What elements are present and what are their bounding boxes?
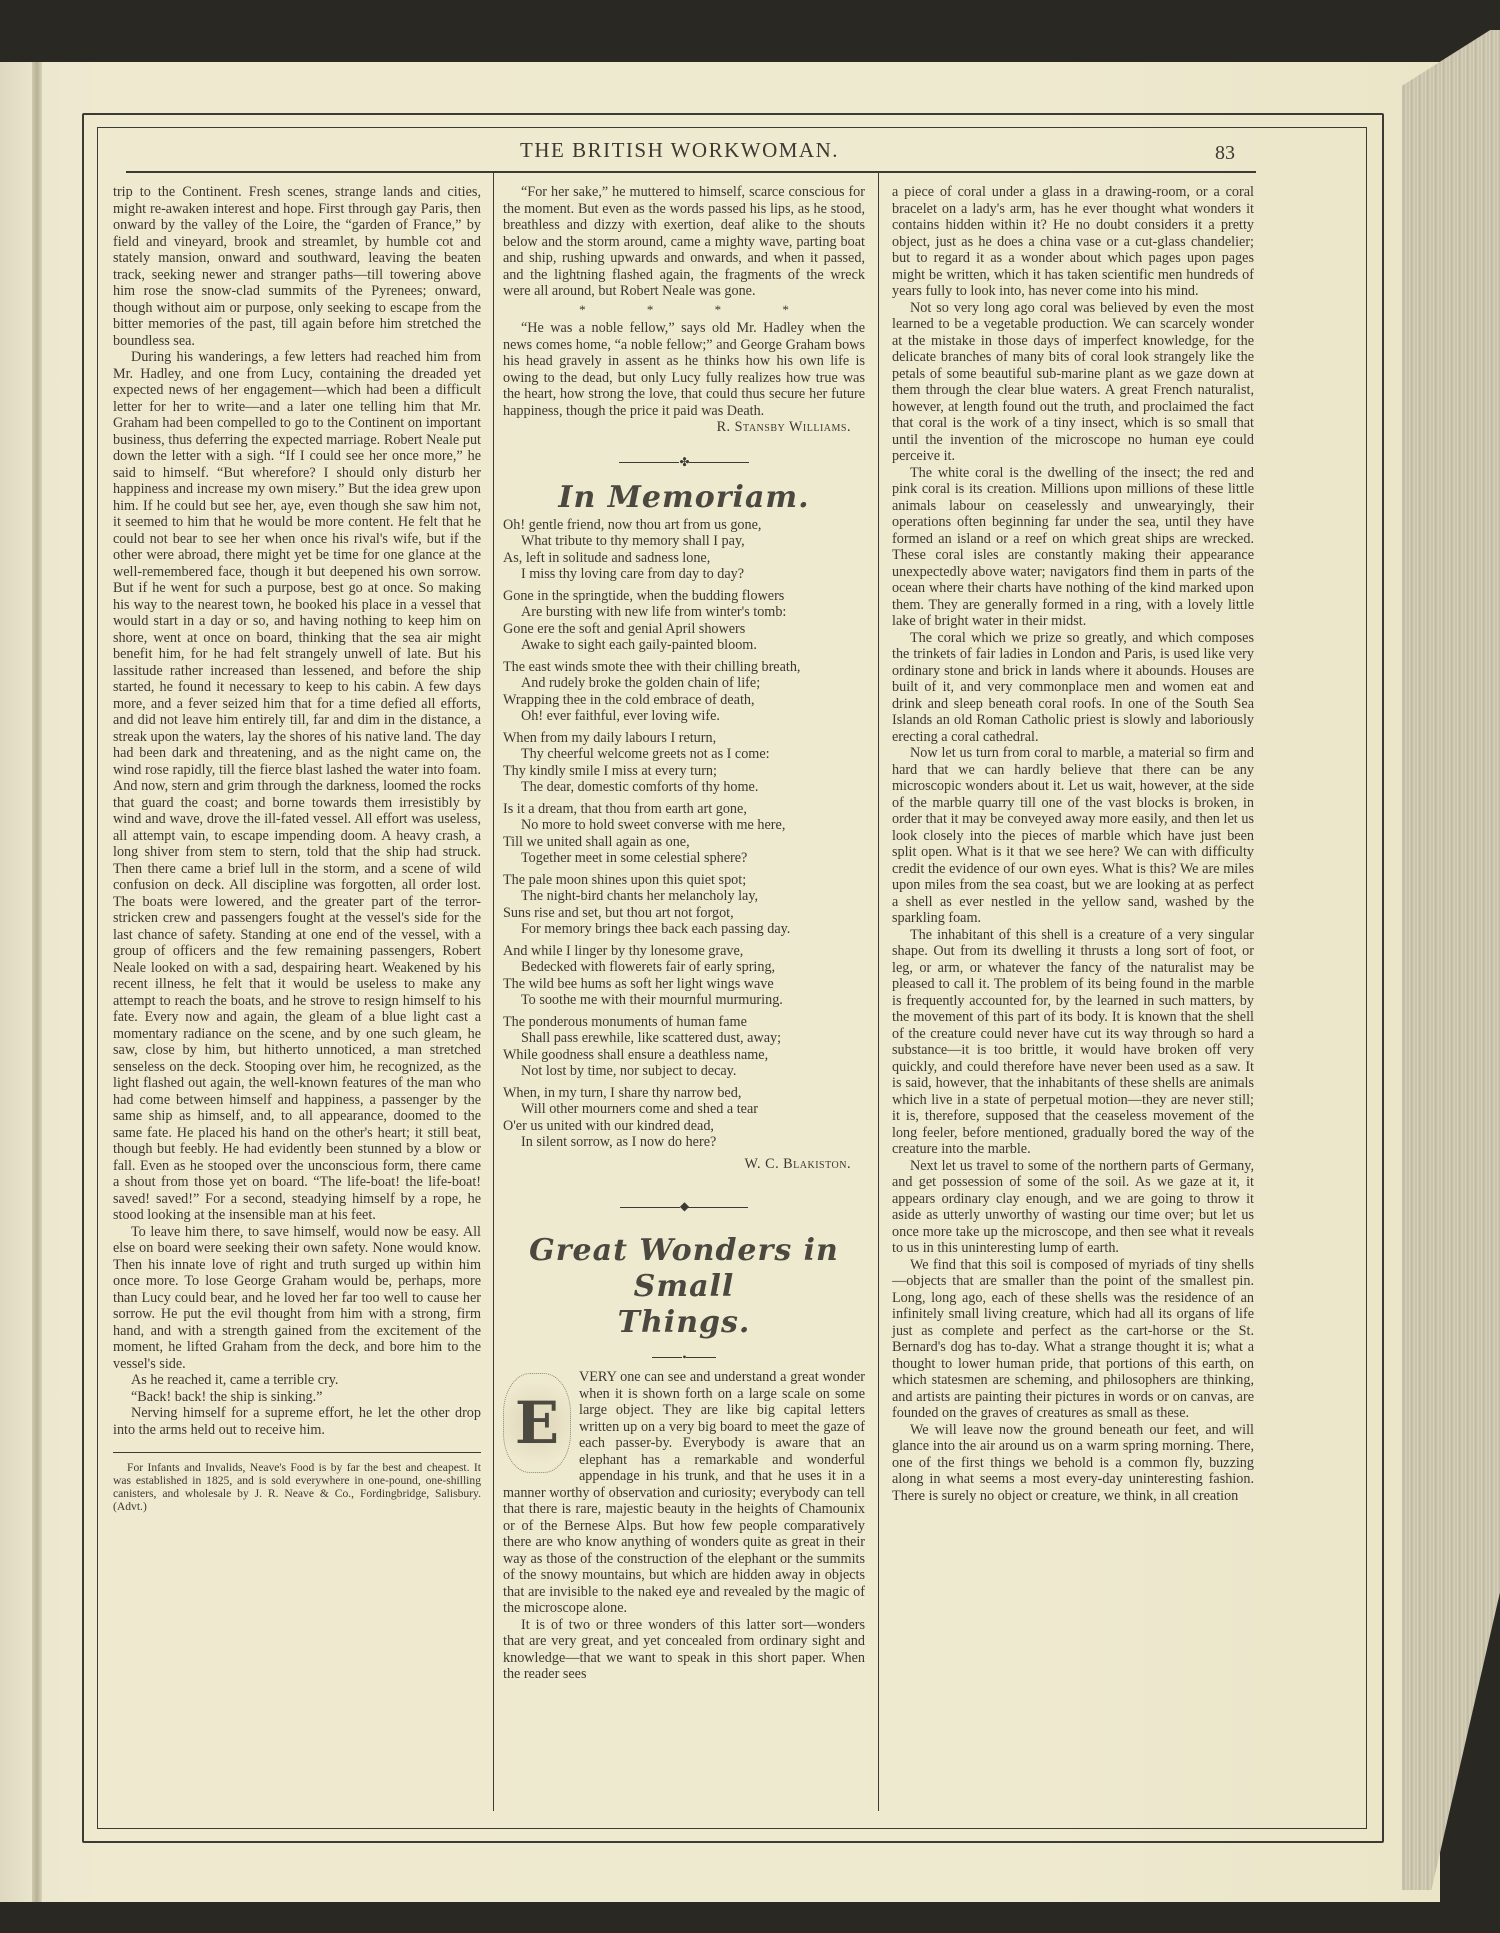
verse-line: O'er us united with our kindred dead, [503,1118,865,1135]
article-title: Great Wonders in Small Things. [503,1233,865,1341]
verse-line: Suns rise and set, but thou art not forg… [503,905,865,922]
column-middle: “For her sake,” he muttered to himself, … [503,184,865,1683]
book-gutter [32,62,42,1902]
paragraph: We find that this soil is composed of my… [892,1257,1254,1422]
verse-line: Bedecked with flowerets fair of early sp… [503,959,865,976]
verse-line: What tribute to thy memory shall I pay, [503,533,865,550]
paragraph: Nerving himself for a supreme effort, he… [113,1405,481,1438]
stanza: Is it a dream, that thou from earth art … [503,801,865,867]
verse-line: The dear, domestic comforts of thy home. [503,779,865,796]
paragraph: It is of two or three wonders of this la… [503,1617,865,1683]
paragraph: “Back! back! the ship is sinking.” [113,1389,481,1406]
verse-line: When from my daily labours I return, [503,730,865,747]
stanza: The east winds smote thee with their chi… [503,659,865,725]
verse-line: I miss thy loving care from day to day? [503,566,865,583]
verse-line: Gone ere the soft and genial April showe… [503,621,865,638]
paragraph: The white coral is the dwelling of the i… [892,465,1254,630]
paragraph: a piece of coral under a glass in a draw… [892,184,1254,300]
article-title-line: Great Wonders in Small [503,1233,865,1305]
verse-line: Wrapping thee in the cold embrace of dea… [503,692,865,709]
verse-line: Not lost by time, nor subject to decay. [503,1063,865,1080]
fleuron-icon: ✤ [679,455,688,469]
verse-line: When, in my turn, I share thy narrow bed… [503,1085,865,1102]
verse-line: Awake to sight each gaily-painted bloom. [503,637,865,654]
paragraph: trip to the Continent. Fresh scenes, str… [113,184,481,349]
running-title: THE BRITISH WORKWOMAN. [520,138,839,163]
stanza: Gone in the springtide, when the budding… [503,588,865,654]
verse-line: The wild bee hums as soft her light wing… [503,976,865,993]
stanza: And while I linger by thy lonesome grave… [503,943,865,1009]
paragraph: The inhabitant of this shell is a creatu… [892,927,1254,1158]
stanza: The pale moon shines upon this quiet spo… [503,872,865,938]
verse-line: No more to hold sweet converse with me h… [503,817,865,834]
paragraph: We will leave now the ground beneath our… [892,1422,1254,1505]
column-right: a piece of coral under a glass in a draw… [892,184,1254,1504]
verse-line: Thy kindly smile I miss at every turn; [503,763,865,780]
verse-line: Oh! gentle friend, now thou art from us … [503,517,865,534]
paragraph: As he reached it, came a terrible cry. [113,1372,481,1389]
paragraph: Next let us travel to some of the northe… [892,1158,1254,1257]
ornament-divider: ◆ [503,1198,865,1215]
decorated-initial-icon: E [503,1373,571,1473]
column-divider-2 [878,171,879,1811]
paragraph: “He was a noble fellow,” says old Mr. Ha… [503,320,865,419]
section-break-asterisks: * * * * [503,302,865,319]
verse-line: The night-bird chants her melancholy lay… [503,888,865,905]
stanza: Oh! gentle friend, now thou art from us … [503,517,865,583]
verse-line: Oh! ever faithful, ever loving wife. [503,708,865,725]
verse-line: Is it a dream, that thou from earth art … [503,801,865,818]
footnote-rule [113,1452,481,1453]
verse-line: Thy cheerful welcome greets not as I com… [503,746,865,763]
paragraph: “For her sake,” he muttered to himself, … [503,184,865,300]
verse-line: Till we united shall again as one, [503,834,865,851]
verse-line: To soothe me with their mournful murmuri… [503,992,865,1009]
paragraph: During his wanderings, a few letters had… [113,349,481,1224]
verse-line: Will other mourners come and shed a tear [503,1101,865,1118]
paragraph: To leave him there, to save himself, wou… [113,1224,481,1373]
column-left: trip to the Continent. Fresh scenes, str… [113,184,481,1513]
article-body: E VERY one can see and understand a grea… [503,1369,865,1683]
story-author: R. Stansby Williams. [503,419,865,436]
verse-line: In silent sorrow, as I now do here? [503,1134,865,1151]
ornament-divider-small: • [503,1349,865,1366]
ornament-divider: ✤ [503,454,865,471]
footnote-text: For Infants and Invalids, Neave's Food i… [113,1461,481,1513]
poem-title: In Memoriam. [503,490,865,507]
paragraph: Not so very long ago coral was believed … [892,300,1254,465]
verse-line: And rudely broke the golden chain of lif… [503,675,865,692]
fleuron-icon: ◆ [680,1199,688,1213]
page-number: 83 [1215,142,1235,165]
verse-line: The pale moon shines upon this quiet spo… [503,872,865,889]
stanza: The ponderous monuments of human fame Sh… [503,1014,865,1080]
poem-author: W. C. Blakiston. [503,1156,865,1173]
verse-line: While goodness shall ensure a deathless … [503,1047,865,1064]
verse-line: The east winds smote thee with their chi… [503,659,865,676]
verse-line: Gone in the springtide, when the budding… [503,588,865,605]
verse-line: Are bursting with new life from winter's… [503,604,865,621]
paragraph: The coral which we prize so greatly, and… [892,630,1254,746]
stanza: When from my daily labours I return, Thy… [503,730,865,796]
verse-line: For memory brings thee back each passing… [503,921,865,938]
poem: Oh! gentle friend, now thou art from us … [503,517,865,1151]
verse-line: As, left in solitude and sadness lone, [503,550,865,567]
verse-line: The ponderous monuments of human fame [503,1014,865,1031]
article-title-line: Things. [503,1305,865,1341]
paragraph: Now let us turn from coral to marble, a … [892,745,1254,927]
page-stack-edge [1402,30,1500,1890]
stanza: When, in my turn, I share thy narrow bed… [503,1085,865,1151]
verse-line: And while I linger by thy lonesome grave… [503,943,865,960]
verse-line: Together meet in some celestial sphere? [503,850,865,867]
header-rule [126,171,1256,173]
verse-line: Shall pass erewhile, like scattered dust… [503,1030,865,1047]
advertisement-footnote: For Infants and Invalids, Neave's Food i… [113,1461,481,1513]
column-divider-1 [493,171,494,1811]
